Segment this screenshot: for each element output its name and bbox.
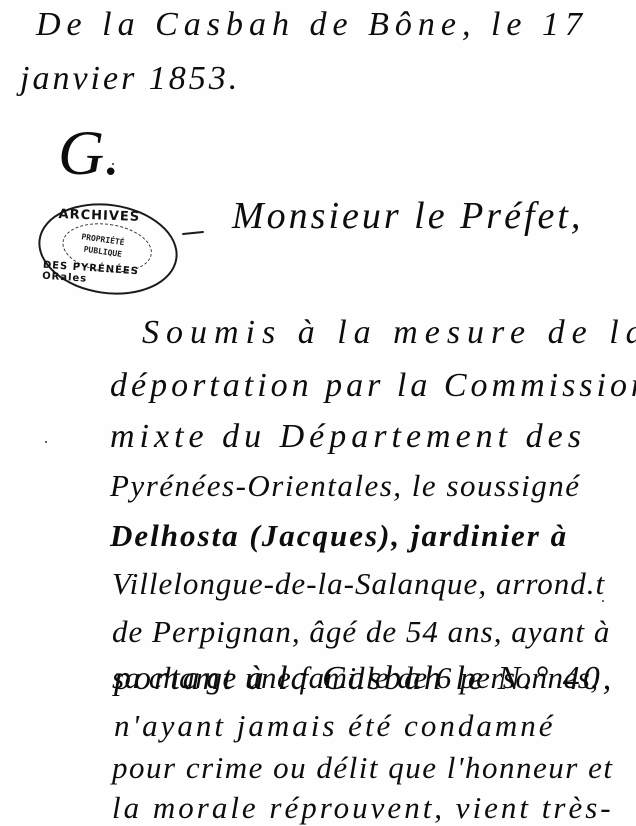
letter-page: De la Casbah de Bône, le 17 janvier 1853… [0,0,636,826]
body-line: la morale réprouvent, vient très- [112,790,614,826]
body-line: de Perpignan, âgé de 54 ans, ayant à [112,614,610,650]
body-line: pour crime ou délit que l'honneur et [112,750,613,786]
body-line: portant à la Casbah le N.° 40, [114,660,614,698]
body-line: mixte du Département des [110,418,586,456]
stamp-bottom-text: DES PYRÉNÉES ORales [42,260,173,291]
body-line: Pyrénées-Orientales, le soussigné [110,468,580,504]
body-line: déportation par la Commission [110,367,636,405]
paper-speck [112,163,114,165]
dateline-line-1: De la Casbah de Bône, le 17 [36,6,588,44]
salutation-dash [182,231,204,235]
body-line: Villelongue-de-la-Salanque, arrond.t [112,566,605,602]
margin-mark: G. [58,116,120,190]
paper-speck [602,600,604,602]
body-line: Soumis à la mesure de la [142,314,636,352]
dateline-line-2: janvier 1853. [20,60,240,98]
stamp-top-text: ARCHIVES [58,207,140,225]
body-line: Delhosta (Jacques), jardinier à [110,518,568,554]
paper-speck [45,441,47,443]
body-line: n'ayant jamais été condamné [114,708,555,744]
salutation: Monsieur le Préfet, [232,194,583,238]
archive-stamp: ARCHIVES PROPRIÉTÉ PUBLIQUE DES PYRÉNÉES… [32,195,183,304]
